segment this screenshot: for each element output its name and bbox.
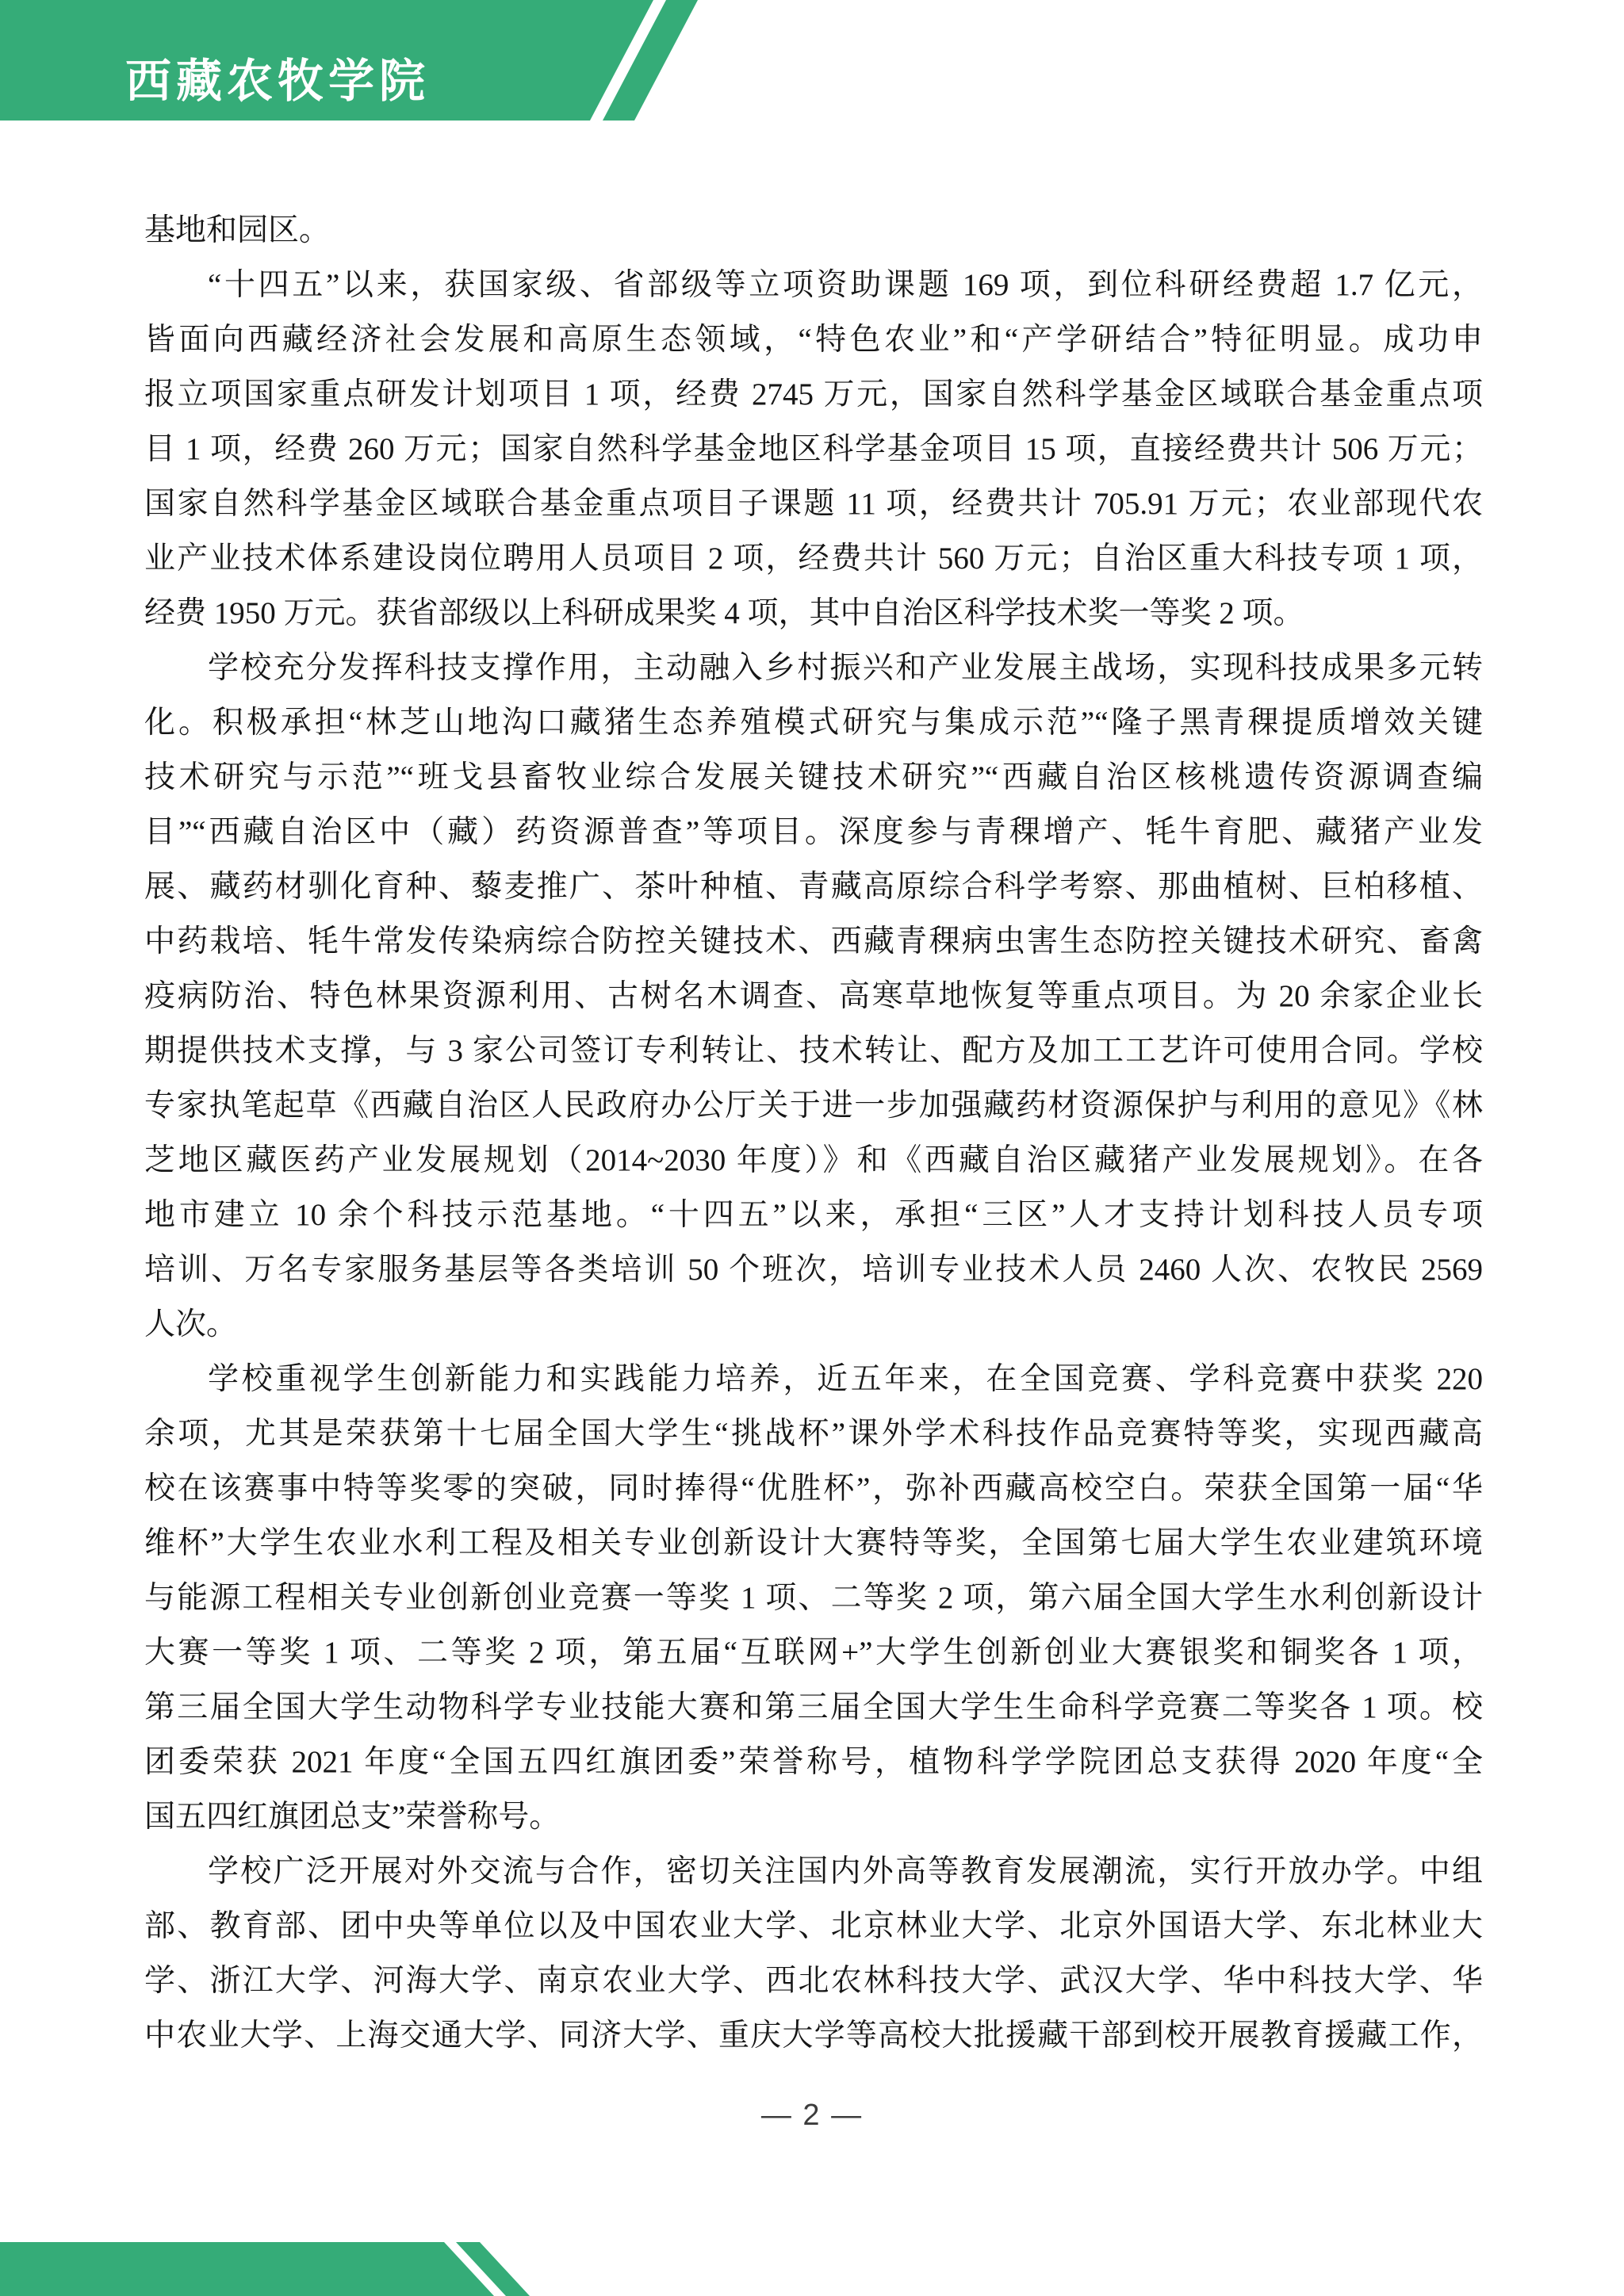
- text-line: 目”“西藏自治区中（藏）药资源普查”等项目。深度参与青稞增产、牦牛育肥、藏猪产业…: [144, 805, 1483, 859]
- text-line: 国家自然科学基金区域联合基金重点项目子课题 11 项，经费共计 705.91 万…: [144, 476, 1483, 531]
- text-line: 学校重视学生创新能力和实践能力培养，近五年来，在全国竞赛、学科竞赛中获奖 220: [144, 1352, 1483, 1406]
- text-line: 展、藏药材驯化育种、藜麦推广、茶叶种植、青藏高原综合科学考察、那曲植树、巨柏移植…: [144, 859, 1483, 914]
- text-line: 部、教育部、团中央等单位以及中国农业大学、北京林业大学、北京外国语大学、东北林业…: [144, 1899, 1483, 1954]
- page-number: — 2 —: [0, 2098, 1624, 2133]
- text-line: 第三届全国大学生动物科学专业技能大赛和第三届全国大学生生命科学竞赛二等奖各 1 …: [144, 1680, 1483, 1735]
- text-line: 校在该赛事中特等奖零的突破，同时捧得“优胜杯”，弥补西藏高校空白。荣获全国第一届…: [144, 1461, 1483, 1516]
- text-line: 培训、万名专家服务基层等各类培训 50 个班次，培训专业技术人员 2460 人次…: [144, 1242, 1483, 1297]
- text-line: 地市建立 10 余个科技示范基地。“十四五”以来，承担“三区”人才支持计划科技人…: [144, 1188, 1483, 1242]
- text-line: 国五四红旗团总支”荣誉称号。: [144, 1789, 1483, 1844]
- text-line: 大赛一等奖 1 项、二等奖 2 项，第五届“互联网+”大学生创新创业大赛银奖和铜…: [144, 1625, 1483, 1680]
- text-line: 中药栽培、牦牛常发传染病综合防控关键技术、西藏青稞病虫害生态防控关键技术研究、畜…: [144, 914, 1483, 969]
- text-line: 中农业大学、上海交通大学、同济大学、重庆大学等高校大批援藏干部到校开展教育援藏工…: [144, 2008, 1483, 2063]
- document-body: 基地和园区。“十四五”以来，获国家级、省部级等立项资助课题 169 项，到位科研…: [144, 203, 1483, 2063]
- text-line: 学校充分发挥科技支撑作用，主动融入乡村振兴和产业发展主战场，实现科技成果多元转: [144, 641, 1483, 695]
- text-line: 人次。: [144, 1297, 1483, 1352]
- text-line: 期提供技术支撑，与 3 家公司签订专利转让、技术转让、配方及加工工艺许可使用合同…: [144, 1024, 1483, 1078]
- text-line: 芝地区藏医药产业发展规划（2014~2030 年度）》和《西藏自治区藏猪产业发展…: [144, 1133, 1483, 1188]
- text-line: 与能源工程相关专业创新创业竞赛一等奖 1 项、二等奖 2 项，第六届全国大学生水…: [144, 1571, 1483, 1625]
- text-line: 疫病防治、特色林果资源利用、古树名木调查、高寒草地恢复等重点项目。为 20 余家…: [144, 969, 1483, 1024]
- text-line: 团委荣获 2021 年度“全国五四红旗团委”荣誉称号，植物科学学院团总支获得 2…: [144, 1735, 1483, 1789]
- school-name-title: 西藏农牧学院: [125, 59, 430, 105]
- text-line: 化。积极承担“林芝山地沟口藏猪生态养殖模式研究与集成示范”“隆子黑青稞提质增效关…: [144, 695, 1483, 750]
- text-line: 业产业技术体系建设岗位聘用人员项目 2 项，经费共计 560 万元；自治区重大科…: [144, 531, 1483, 586]
- text-line: 技术研究与示范”“班戈县畜牧业综合发展关键技术研究”“西藏自治区核桃遗传资源调查…: [144, 750, 1483, 805]
- text-line: 学、浙江大学、河海大学、南京农业大学、西北农林科技大学、武汉大学、华中科技大学、…: [144, 1954, 1483, 2008]
- text-line: 学校广泛开展对外交流与合作，密切关注国内外高等教育发展潮流，实行开放办学。中组: [144, 1844, 1483, 1899]
- text-line: 专家执笔起草《西藏自治区人民政府办公厅关于进一步加强藏药材资源保护与利用的意见》…: [144, 1078, 1483, 1133]
- text-line: “十四五”以来，获国家级、省部级等立项资助课题 169 项，到位科研经费超 1.…: [144, 258, 1483, 312]
- text-line: 余项，尤其是荣获第十七届全国大学生“挑战杯”课外学术科技作品竞赛特等奖，实现西藏…: [144, 1406, 1483, 1461]
- text-line: 报立项国家重点研发计划项目 1 项，经费 2745 万元，国家自然科学基金区域联…: [144, 367, 1483, 422]
- text-line: 基地和园区。: [144, 203, 1483, 258]
- text-line: 目 1 项，经费 260 万元；国家自然科学基金地区科学基金项目 15 项，直接…: [144, 422, 1483, 476]
- text-line: 维杯”大学生农业水利工程及相关专业创新设计大赛特等奖，全国第七届大学生农业建筑环…: [144, 1516, 1483, 1571]
- text-line: 经费 1950 万元。获省部级以上科研成果奖 4 项，其中自治区科学技术奖一等奖…: [144, 586, 1483, 641]
- text-line: 皆面向西藏经济社会发展和高原生态领域，“特色农业”和“产学研结合”特征明显。成功…: [144, 312, 1483, 367]
